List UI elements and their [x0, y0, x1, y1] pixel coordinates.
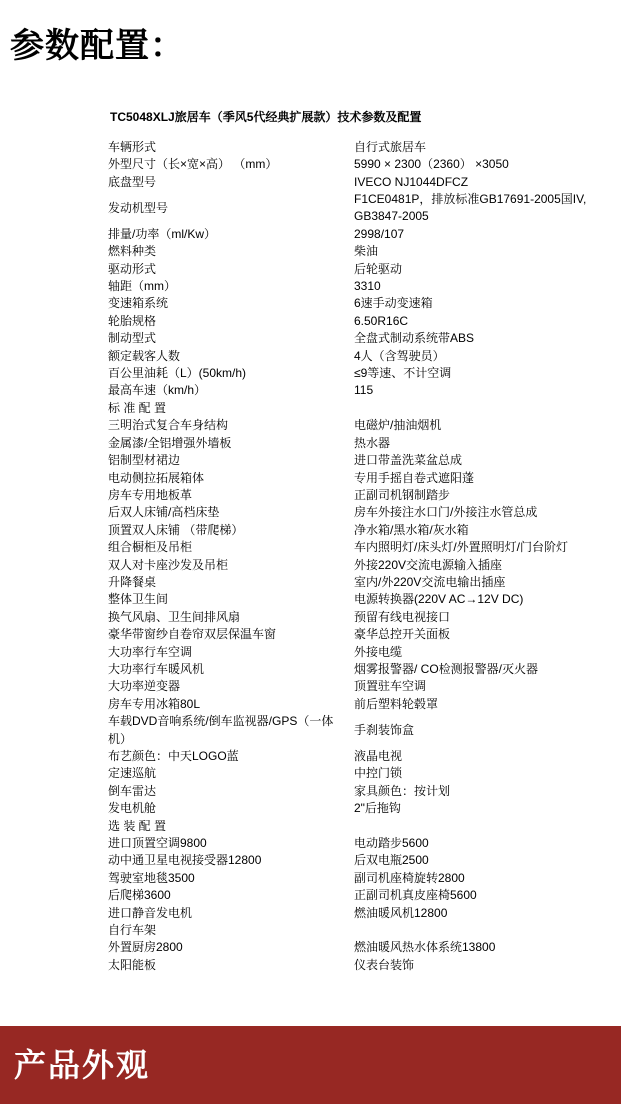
spec-value: 柴油 [354, 243, 602, 260]
spec-row: 外型尺寸（长×宽×高） （mm） 5990 × 2300（2360） ×3050 [108, 156, 602, 173]
spec-value: 净水箱/黑水箱/灰水箱 [354, 522, 602, 539]
spec-row: 额定载客人数 4人（含驾驶员） [108, 348, 602, 365]
spec-value: 豪华总控开关面板 [354, 626, 602, 643]
spec-label: 定速巡航 [108, 765, 354, 782]
spec-label: 动中通卫星电视接受器12800 [108, 852, 354, 869]
spec-row: 定速巡航 中控门锁 [108, 765, 602, 782]
spec-label: 金属漆/全铝增强外墙板 [108, 435, 354, 452]
spec-section-row: 选 装 配 置 [108, 818, 602, 835]
spec-row: 房车专用冰箱80L 前后塑料轮毂罩 [108, 696, 602, 713]
spec-row: 布艺颜色：中天LOGO蓝 液晶电视 [108, 748, 602, 765]
spec-value: 专用手摇自卷式遮阳蓬 [354, 470, 602, 487]
spec-value [354, 922, 602, 939]
spec-row: 自行车架 [108, 922, 602, 939]
spec-label: 豪华带窗纱自卷帘双层保温车窗 [108, 626, 354, 643]
spec-value: 顶置驻车空调 [354, 678, 602, 695]
spec-row: 整体卫生间 电源转换器(220V AC→12V DC) [108, 591, 602, 608]
spec-value: 外接电缆 [354, 644, 602, 661]
spec-row: 外置厨房2800 燃油暖风热水体系统13800 [108, 939, 602, 956]
spec-row: 驱动形式 后轮驱动 [108, 261, 602, 278]
spec-label: 倒车雷达 [108, 783, 354, 800]
spec-row: 双人对卡座沙发及吊柜 外接220V交流电源输入插座 [108, 557, 602, 574]
spec-label: 大功率行车空调 [108, 644, 354, 661]
spec-label: 外型尺寸（长×宽×高） （mm） [108, 156, 354, 173]
spec-value [354, 400, 602, 417]
spec-row: 最高车速（km/h） 115 [108, 382, 602, 399]
spec-row: 房车专用地板革 正副司机钢制踏步 [108, 487, 602, 504]
spec-label: 整体卫生间 [108, 591, 354, 608]
spec-label: 布艺颜色：中天LOGO蓝 [108, 748, 354, 765]
spec-row: 组合橱柜及吊柜 车内照明灯/床头灯/外置照明灯/门台阶灯 [108, 539, 602, 556]
spec-label: 轴距（mm） [108, 278, 354, 295]
spec-label: 顶置双人床铺 （带爬梯） [108, 522, 354, 539]
spec-label: 后爬梯3600 [108, 887, 354, 904]
spec-row: 制动型式 全盘式制动系统带ABS [108, 330, 602, 347]
spec-label: 燃料种类 [108, 243, 354, 260]
spec-value: 燃油暖风机12800 [354, 905, 602, 922]
spec-value: 电动踏步5600 [354, 835, 602, 852]
spec-row: 大功率行车空调 外接电缆 [108, 644, 602, 661]
spec-value: 仪表台装饰 [354, 957, 602, 974]
spec-row: 换气风扇、卫生间排风扇 预留有线电视接口 [108, 609, 602, 626]
spec-value: IVECO NJ1044DFCZ [354, 174, 602, 191]
spec-label: 车辆形式 [108, 139, 354, 156]
spec-label: 电动侧拉拓展箱体 [108, 470, 354, 487]
spec-row: 排量/功率（ml/Kw） 2998/107 [108, 226, 602, 243]
spec-value: 电源转换器(220V AC→12V DC) [354, 591, 602, 608]
spec-label: 额定载客人数 [108, 348, 354, 365]
spec-row: 后爬梯3600 正副司机真皮座椅5600 [108, 887, 602, 904]
spec-table-body: 车辆形式 自行式旅居车 外型尺寸（长×宽×高） （mm） 5990 × 2300… [108, 139, 602, 975]
spec-label: 换气风扇、卫生间排风扇 [108, 609, 354, 626]
spec-value: 预留有线电视接口 [354, 609, 602, 626]
spec-value: 4人（含驾驶员） [354, 348, 602, 365]
spec-row: 进口静音发电机 燃油暖风机12800 [108, 905, 602, 922]
spec-value: 燃油暖风热水体系统13800 [354, 939, 602, 956]
spec-label: 发电机舱 [108, 800, 354, 817]
spec-value: 烟雾报警器/ CO检测报警器/灭火器 [354, 661, 602, 678]
spec-row: 轮胎规格 6.50R16C [108, 313, 602, 330]
spec-label: 房车专用地板革 [108, 487, 354, 504]
spec-value: 5990 × 2300（2360） ×3050 [354, 156, 602, 173]
spec-table: 车辆形式 自行式旅居车 外型尺寸（长×宽×高） （mm） 5990 × 2300… [108, 139, 602, 975]
spec-label: 双人对卡座沙发及吊柜 [108, 557, 354, 574]
spec-value: 电磁炉/抽油烟机 [354, 417, 602, 434]
spec-row: 电动侧拉拓展箱体 专用手摇自卷式遮阳蓬 [108, 470, 602, 487]
spec-value: 全盘式制动系统带ABS [354, 330, 602, 347]
spec-label: 排量/功率（ml/Kw） [108, 226, 354, 243]
spec-label: 百公里油耗（L）(50km/h) [108, 365, 354, 382]
spec-row: 后双人床铺/高档床垫 房车外接注水口门/外接注水管总成 [108, 504, 602, 521]
spec-label: 进口静音发电机 [108, 905, 354, 922]
spec-row: 底盘型号 IVECO NJ1044DFCZ [108, 174, 602, 191]
spec-value: 家具颜色：按计划 [354, 783, 602, 800]
spec-value: 进口带盖洗菜盆总成 [354, 452, 602, 469]
spec-label: 太阳能板 [108, 957, 354, 974]
spec-value: 后双电瓶2500 [354, 852, 602, 869]
spec-row: 百公里油耗（L）(50km/h) ≤9等速、不计空调 [108, 365, 602, 382]
spec-row: 金属漆/全铝增强外墙板 热水器 [108, 435, 602, 452]
spec-row: 顶置双人床铺 （带爬梯） 净水箱/黑水箱/灰水箱 [108, 522, 602, 539]
spec-label: 车载DVD音响系统/倒车监视器/GPS（一体 机） [108, 713, 354, 748]
spec-value: 液晶电视 [354, 748, 602, 765]
spec-label: 选 装 配 置 [108, 818, 354, 835]
spec-label: 轮胎规格 [108, 313, 354, 330]
spec-value: 正副司机钢制踏步 [354, 487, 602, 504]
product-appearance-banner: 产品外观 [0, 1026, 621, 1104]
product-appearance-banner-title: 产品外观 [14, 1049, 150, 1081]
spec-section-row: 标 准 配 置 [108, 400, 602, 417]
spec-row: 车辆形式 自行式旅居车 [108, 139, 602, 156]
spec-value: 中控门锁 [354, 765, 602, 782]
spec-row: 进口顶置空调9800 电动踏步5600 [108, 835, 602, 852]
spec-label: 三明治式复合车身结构 [108, 417, 354, 434]
spec-value: 3310 [354, 278, 602, 295]
spec-label: 标 准 配 置 [108, 400, 354, 417]
spec-value: 正副司机真皮座椅5600 [354, 887, 602, 904]
spec-label: 大功率行车暖风机 [108, 661, 354, 678]
spec-label: 最高车速（km/h） [108, 382, 354, 399]
spec-row: 升降餐桌 室内/外220V交流电输出插座 [108, 574, 602, 591]
spec-label: 驾驶室地毯3500 [108, 870, 354, 887]
spec-row: 太阳能板 仪表台装饰 [108, 957, 602, 974]
spec-row: 大功率行车暖风机 烟雾报警器/ CO检测报警器/灭火器 [108, 661, 602, 678]
spec-row: 发电机舱 2"后拖钩 [108, 800, 602, 817]
spec-value: 后轮驱动 [354, 261, 602, 278]
spec-row: 倒车雷达 家具颜色：按计划 [108, 783, 602, 800]
spec-value: 6速手动变速箱 [354, 295, 602, 312]
spec-label: 组合橱柜及吊柜 [108, 539, 354, 556]
spec-label: 大功率逆变器 [108, 678, 354, 695]
spec-value: 房车外接注水口门/外接注水管总成 [354, 504, 602, 521]
spec-label: 房车专用冰箱80L [108, 696, 354, 713]
spec-row: 豪华带窗纱自卷帘双层保温车窗 豪华总控开关面板 [108, 626, 602, 643]
spec-value: 室内/外220V交流电输出插座 [354, 574, 602, 591]
spec-value: 2"后拖钩 [354, 800, 602, 817]
spec-label: 升降餐桌 [108, 574, 354, 591]
spec-label: 进口顶置空调9800 [108, 835, 354, 852]
page-title: 参数配置： [10, 26, 621, 67]
spec-value: 6.50R16C [354, 313, 602, 330]
spec-value: 115 [354, 382, 602, 399]
spec-value: F1CE0481P，排放标准GB17691-2005国IV, GB3847-20… [354, 191, 602, 226]
spec-value: 热水器 [354, 435, 602, 452]
spec-label: 制动型式 [108, 330, 354, 347]
spec-label: 变速箱系统 [108, 295, 354, 312]
spec-label: 底盘型号 [108, 174, 354, 191]
spec-value: 前后塑料轮毂罩 [354, 696, 602, 713]
spec-value: 副司机座椅旋转2800 [354, 870, 602, 887]
spec-sheet-title: TC5048XLJ旅居车（季风5代经典扩展款）技术参数及配置 [110, 109, 621, 125]
spec-row: 三明治式复合车身结构 电磁炉/抽油烟机 [108, 417, 602, 434]
spec-row: 发动机型号 F1CE0481P，排放标准GB17691-2005国IV, GB3… [108, 191, 602, 226]
spec-row: 变速箱系统 6速手动变速箱 [108, 295, 602, 312]
spec-value: ≤9等速、不计空调 [354, 365, 602, 382]
spec-row: 铝制型材裙边 进口带盖洗菜盆总成 [108, 452, 602, 469]
spec-label: 发动机型号 [108, 191, 354, 226]
spec-row: 燃料种类 柴油 [108, 243, 602, 260]
spec-value [354, 818, 602, 835]
spec-row: 大功率逆变器 顶置驻车空调 [108, 678, 602, 695]
spec-value: 车内照明灯/床头灯/外置照明灯/门台阶灯 [354, 539, 602, 556]
spec-value: 自行式旅居车 [354, 139, 602, 156]
spec-label: 外置厨房2800 [108, 939, 354, 956]
spec-label: 后双人床铺/高档床垫 [108, 504, 354, 521]
spec-row: 驾驶室地毯3500 副司机座椅旋转2800 [108, 870, 602, 887]
spec-label: 驱动形式 [108, 261, 354, 278]
spec-row: 动中通卫星电视接受器12800 后双电瓶2500 [108, 852, 602, 869]
spec-value: 外接220V交流电源输入插座 [354, 557, 602, 574]
spec-label: 自行车架 [108, 922, 354, 939]
spec-value: 手刹装饰盒 [354, 713, 602, 748]
spec-label: 铝制型材裙边 [108, 452, 354, 469]
spec-row: 轴距（mm） 3310 [108, 278, 602, 295]
spec-row: 车载DVD音响系统/倒车监视器/GPS（一体 机） 手刹装饰盒 [108, 713, 602, 748]
spec-value: 2998/107 [354, 226, 602, 243]
